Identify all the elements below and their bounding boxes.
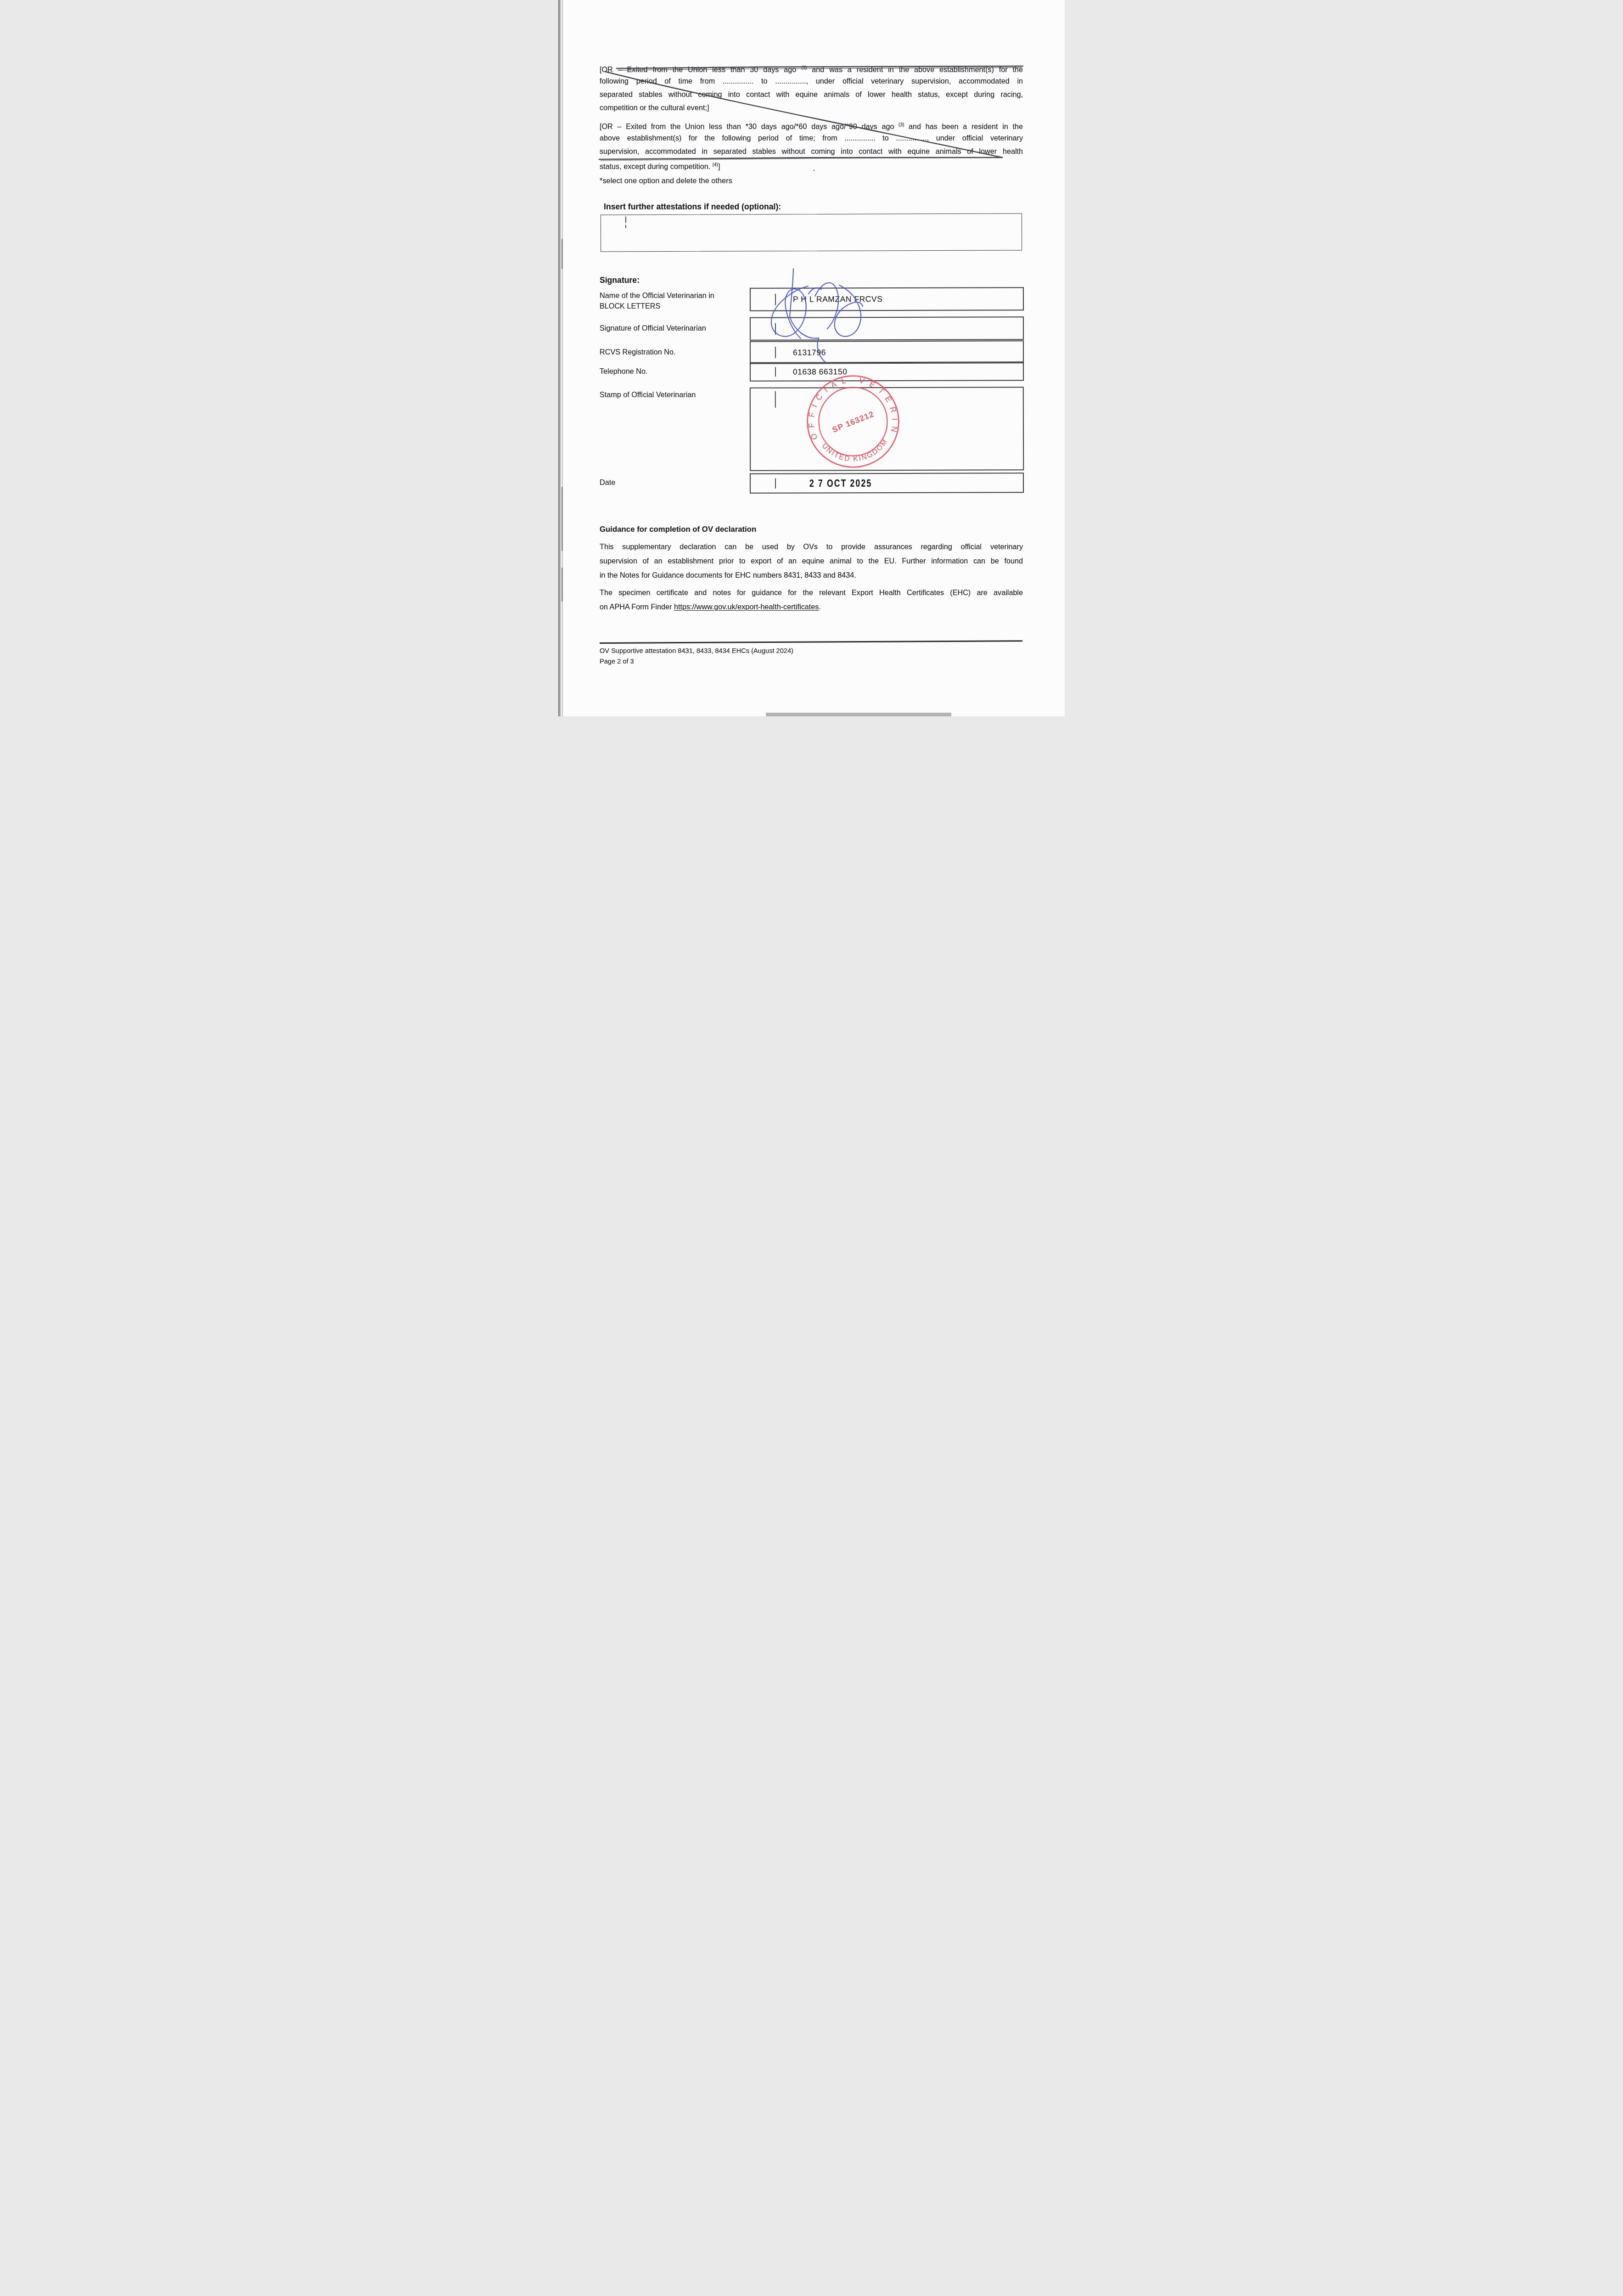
- rcvs-label: RCVS Registration No.: [600, 347, 747, 358]
- footnote-marker-4: (4): [713, 163, 718, 168]
- rcvs-value: 6131796: [751, 348, 826, 357]
- footnote-marker-3: (3): [801, 66, 807, 71]
- scan-bottom-artifact: [766, 713, 951, 716]
- clause-text: status, except during competition.: [600, 163, 713, 171]
- select-option-note: *select one option and delete the others: [600, 177, 732, 186]
- guidance-text: on APHA Form Finder: [600, 603, 674, 611]
- stamp-label: Stamp of Official Veterinarian: [600, 390, 747, 400]
- cursor-mark: [625, 225, 626, 228]
- export-health-certificates-link[interactable]: https://www.gov.uk/export-health-certifi…: [674, 603, 819, 611]
- scan-left-edge-shadow: [558, 0, 562, 716]
- attestations-field: [601, 213, 1022, 252]
- clause-text: [OR – Exited from the Union less than *3…: [600, 123, 899, 131]
- guidance-heading: Guidance for completion of OV declaratio…: [600, 525, 756, 534]
- guidance-p2-line-2: on APHA Form Finder https://www.gov.uk/e…: [600, 600, 1023, 614]
- scan-edge-mark: [562, 568, 563, 602]
- rcvs-field: 6131796: [750, 340, 1024, 364]
- official-veterinarian-stamp: OFFICIAL VETERINARIAN UNITED KINGDOM SP …: [799, 368, 907, 475]
- scan-edge-mark: [562, 487, 563, 551]
- clause-2-line-4: status, except during competition. (4)]: [600, 158, 1023, 174]
- clause-text: and has been a resident in the: [904, 123, 1023, 131]
- attestations-heading: Insert further attestations if needed (o…: [604, 202, 781, 212]
- guidance-p1-line-3: in the Notes for Guidance documents for …: [600, 568, 1023, 583]
- guidance-text: .: [819, 603, 821, 611]
- cursor-mark: [775, 347, 776, 358]
- guidance-p2-line-1: The specimen certificate and notes for g…: [600, 586, 1023, 600]
- cursor-mark: [775, 478, 776, 489]
- date-label: Date: [600, 478, 747, 488]
- cursor-mark: [775, 293, 776, 305]
- cursor-mark: [775, 391, 776, 408]
- footer-page-number: Page 2 of 3: [600, 658, 634, 665]
- footnote-marker-3: (3): [899, 123, 904, 128]
- clause-2-line-3: supervision, accommodated in separated s…: [600, 145, 1023, 158]
- cursor-mark: [775, 367, 776, 377]
- scanned-document-page: [OR – Exited from the Union less than 30…: [558, 0, 1065, 716]
- guidance-p1-line-1: This supplementary declaration can be us…: [600, 540, 1023, 554]
- date-field: 2 7 OCT 2025: [750, 473, 1024, 494]
- cursor-mark: [775, 323, 776, 335]
- name-label: Name of the Official Veterinarian in BLO…: [600, 291, 730, 311]
- name-field: P H L RAMZAN FRCVS: [750, 287, 1024, 311]
- scan-left-edge-line: [562, 0, 563, 716]
- date-stamp-value: 2 7 OCT 2025: [809, 477, 872, 490]
- clause-1-line-4: competition or the cultural event;]: [600, 101, 1023, 115]
- telephone-label: Telephone No.: [600, 366, 747, 377]
- clause-text: ]: [718, 163, 720, 171]
- signature-heading: Signature:: [600, 276, 640, 285]
- clause-text: and was a resident in the above establis…: [807, 66, 1023, 74]
- clause-1-line-3: separated stables without coming into co…: [600, 88, 1023, 101]
- clause-2-line-2: above establishment(s) for the following…: [600, 132, 1023, 145]
- guidance-p1-line-2: supervision of an establishment prior to…: [600, 554, 1023, 568]
- stamp-center-number: SP 163212: [831, 409, 876, 434]
- signature-label: Signature of Official Veterinarian: [600, 323, 747, 334]
- clause-1-line-2: following period of time from ..........…: [600, 75, 1023, 88]
- clause-text: [OR – Exited from the Union less than 30…: [600, 66, 801, 74]
- date-value-wrap: 2 7 OCT 2025: [751, 478, 872, 489]
- scan-edge-mark: [562, 239, 563, 269]
- signature-field: [750, 316, 1024, 341]
- footer-rule: [600, 640, 1022, 644]
- cursor-mark: [625, 216, 626, 223]
- footer-doc-ref: OV Supportive attestation 8431, 8433, 84…: [600, 647, 793, 655]
- name-value: P H L RAMZAN FRCVS: [751, 294, 882, 304]
